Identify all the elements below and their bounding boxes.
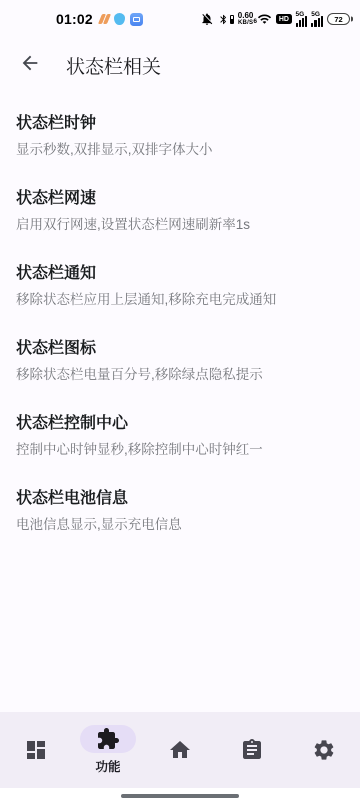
item-title: 状态栏通知 bbox=[16, 263, 344, 285]
list-item-statusbar-netspeed[interactable]: 状态栏网速 启用双行网速,设置状态栏网速刷新率1s bbox=[0, 179, 360, 254]
item-subtitle: 启用双行网速,设置状态栏网速刷新率1s bbox=[16, 215, 344, 235]
nav-item-features[interactable]: 功能 bbox=[72, 712, 144, 788]
item-subtitle: 移除状态栏应用上层通知,移除充电完成通知 bbox=[16, 290, 344, 310]
list-item-statusbar-notifications[interactable]: 状态栏通知 移除状态栏应用上层通知,移除充电完成通知 bbox=[0, 254, 360, 329]
settings-list: 状态栏时钟 显示秒数,双排显示,双排字体大小 状态栏网速 启用双行网速,设置状态… bbox=[0, 92, 360, 554]
back-arrow-icon bbox=[19, 52, 41, 79]
signal-sim2-icon: 5G bbox=[311, 12, 323, 27]
notifications-off-icon bbox=[200, 12, 214, 26]
wifi6-label: 6 bbox=[253, 18, 257, 25]
item-subtitle: 显示秒数,双排显示,双排字体大小 bbox=[16, 140, 344, 160]
gesture-handle[interactable] bbox=[121, 794, 239, 798]
app-bar: 状态栏相关 bbox=[0, 38, 360, 92]
list-item-statusbar-clock[interactable]: 状态栏时钟 显示秒数,双排显示,双排字体大小 bbox=[0, 104, 360, 179]
hd-badge: HD bbox=[276, 14, 291, 24]
status-bar-left: 01:02 bbox=[56, 11, 143, 27]
bluetooth-battery-icon bbox=[230, 15, 234, 24]
gesture-nav-area bbox=[0, 788, 360, 804]
dashboard-icon bbox=[24, 738, 48, 762]
battery-percent: 72 bbox=[334, 15, 342, 24]
status-clock: 01:02 bbox=[56, 11, 93, 27]
status-bar-right: 0.60 KB/S 6 HD 5G 5G 72 bbox=[200, 12, 354, 27]
bell-notification-icon bbox=[114, 13, 125, 25]
item-title: 状态栏电池信息 bbox=[16, 488, 344, 510]
list-item-battery-info[interactable]: 状态栏电池信息 电池信息显示,显示充电信息 bbox=[0, 479, 360, 554]
nav-item-home[interactable] bbox=[144, 712, 216, 788]
bottom-nav: 功能 bbox=[0, 712, 360, 788]
signal-sim1-icon: 5G bbox=[296, 12, 308, 27]
list-item-control-center[interactable]: 状态栏控制中心 控制中心时钟显秒,移除控制中心时钟红一 bbox=[0, 404, 360, 479]
active-nav-pill bbox=[80, 725, 136, 753]
battery-indicator: 72 bbox=[327, 13, 350, 25]
wifi-icon: 6 bbox=[257, 13, 272, 25]
app-notification-icon bbox=[130, 13, 143, 26]
item-subtitle: 电池信息显示,显示充电信息 bbox=[16, 515, 344, 535]
page-title: 状态栏相关 bbox=[66, 52, 161, 79]
clipboard-icon bbox=[240, 738, 264, 762]
list-item-statusbar-icons[interactable]: 状态栏图标 移除状态栏电量百分号,移除绿点隐私提示 bbox=[0, 329, 360, 404]
bluetooth-icon bbox=[218, 13, 234, 26]
item-title: 状态栏控制中心 bbox=[16, 413, 344, 435]
item-subtitle: 控制中心时钟显秒,移除控制中心时钟红一 bbox=[16, 440, 344, 460]
nav-item-logs[interactable] bbox=[216, 712, 288, 788]
nav-label-features: 功能 bbox=[95, 757, 120, 775]
status-bar: 01:02 0.60 KB/S 6 HD 5G bbox=[0, 0, 360, 38]
notification-app-icon bbox=[100, 14, 109, 24]
back-button[interactable] bbox=[16, 51, 44, 79]
nav-item-settings[interactable] bbox=[288, 712, 360, 788]
item-title: 状态栏网速 bbox=[16, 188, 344, 210]
item-title: 状态栏时钟 bbox=[16, 113, 344, 135]
extension-puzzle-icon bbox=[96, 727, 120, 751]
item-subtitle: 移除状态栏电量百分号,移除绿点隐私提示 bbox=[16, 365, 344, 385]
home-icon bbox=[168, 738, 192, 762]
item-title: 状态栏图标 bbox=[16, 338, 344, 360]
gear-icon bbox=[312, 738, 336, 762]
nav-item-dashboard[interactable] bbox=[0, 712, 72, 788]
network-speed-indicator: 0.60 KB/S bbox=[238, 12, 254, 26]
phone-screen: 01:02 0.60 KB/S 6 HD 5G bbox=[0, 0, 360, 804]
